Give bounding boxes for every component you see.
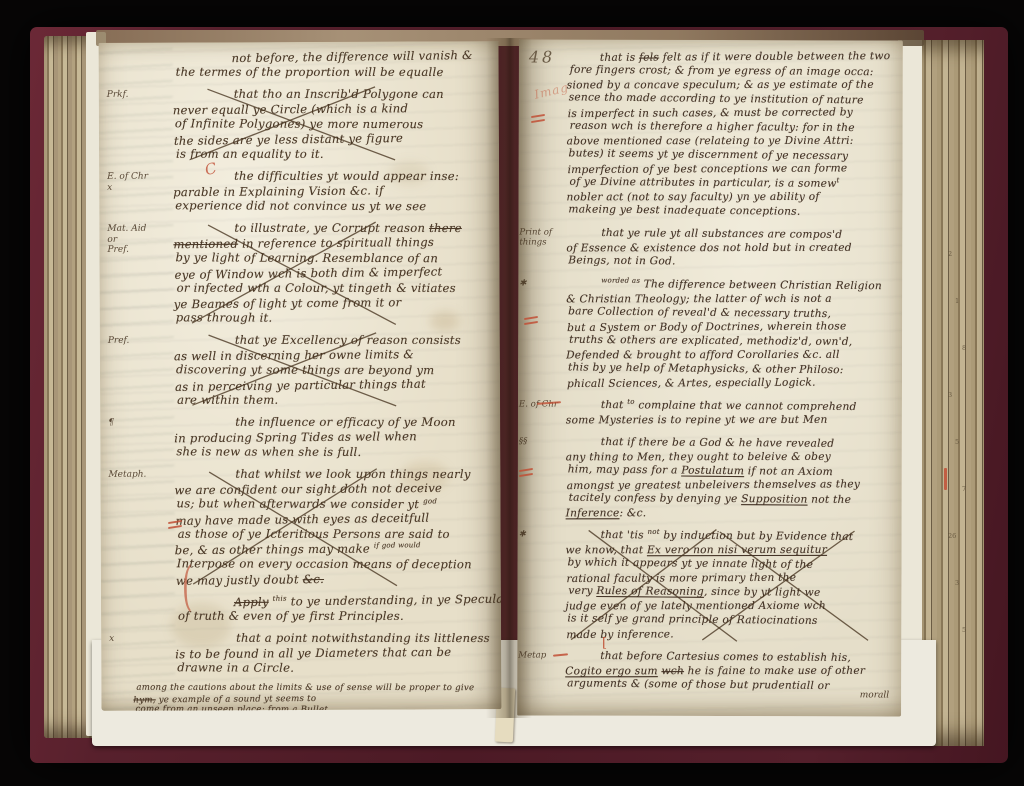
manuscript-line: that a point notwithstanding its littlen… (178, 631, 491, 646)
manuscript-paragraph: Print ofthingsthat ye rule yt all substa… (566, 227, 898, 270)
manuscript-line: pass through it. (176, 310, 490, 326)
margin-note: Mat. AidorPref. (107, 224, 169, 256)
manuscript-paragraph: 332among the cautions about the limits &… (133, 682, 491, 711)
fore-edge-number: 2 (948, 250, 952, 258)
manuscript-line: are within them. (177, 393, 490, 408)
manuscript-line: drawne in a Circle. (177, 660, 491, 676)
fore-edge-number: 1 (955, 297, 959, 305)
manuscript-line: that ye Excellency of reason consists (177, 333, 490, 348)
left-page-text: not before, the difference will vanish &… (173, 49, 492, 711)
manuscript-line: she is new as when she is full. (176, 444, 490, 460)
fore-edge-number: 5 (962, 626, 966, 634)
photograph-scene: not before, the difference will vanish &… (0, 0, 1024, 786)
manuscript-line: phicall Sciences, & Artes, especially Lo… (567, 375, 898, 391)
manuscript-line: the termes of the proportion will be equ… (176, 65, 489, 80)
manuscript-line: the influence or efficacy of ye Moon (177, 415, 490, 430)
fore-edge-number: 3 (948, 391, 952, 399)
manuscript-paragraph: Metapthat before Cartesius comes to esta… (565, 650, 897, 701)
manuscript-line: or infected wth a Colour, yt tingeth & v… (177, 281, 490, 296)
manuscript-paragraph: not before, the difference will vanish &… (173, 49, 489, 80)
manuscript-line: as those of ye Icteritious Persons are s… (178, 527, 491, 542)
manuscript-paragraph: Apply this to ye understanding, in ye Sp… (175, 593, 491, 624)
manuscript-line: the difficulties yt would appear inse: (176, 169, 489, 184)
manuscript-line: makeing ye best inadequate conceptions. (568, 202, 898, 219)
manuscript-line: we may justly doubt &c. (176, 570, 491, 589)
margin-note: Metaph. (108, 470, 170, 481)
manuscript-line: some Mysteries is to repine yt we are bu… (566, 413, 898, 428)
manuscript-paragraph: that is fels felt as if it were double b… (566, 50, 898, 219)
manuscript-line: is from an equality to it. (176, 147, 489, 162)
fore-edge-number: 5 (955, 438, 959, 446)
manuscript-paragraph: ✱worded as The difference between Christ… (566, 278, 898, 391)
fore-edge-number: 7 (962, 485, 966, 493)
margin-note: E. of Chr (519, 399, 563, 409)
margin-note: x (109, 634, 171, 645)
fore-edge-number: 3 (955, 579, 959, 587)
manuscript-paragraph: Metaph.that whilst we look upon things n… (174, 466, 491, 587)
manuscript-paragraph: xthat a point notwithstanding its little… (175, 630, 491, 676)
margin-note: Print ofthings (519, 228, 563, 248)
manuscript-paragraph: §§that if there be a God & he have revea… (566, 436, 898, 521)
manuscript-paragraph: Mat. AidorPref.to illustrate, ye Corrupt… (173, 220, 489, 326)
margin-note: ¶ (108, 418, 170, 429)
right-page-text: that is fels felt as if it were double b… (565, 50, 899, 710)
margin-note: ✱ (519, 279, 563, 289)
margin-note: E. of Chrx (107, 172, 169, 193)
manuscript-line: that tho an Inscrib'd Polygone can (176, 87, 489, 102)
page-number: 48 (529, 48, 555, 67)
manuscript-line: that whilst we look upon things nearly (177, 467, 490, 482)
margin-note: Prkf. (107, 90, 169, 101)
manuscript-line: of truth & even of ye first Principles. (178, 609, 491, 624)
manuscript-paragraph: E. of Chrxthe difficulties yt would appe… (173, 168, 489, 214)
show-through-margin (99, 43, 176, 711)
manuscript-paragraph: Prkf.that tho an Inscrib'd Polygone cann… (173, 86, 489, 162)
manuscript-line: experience did not convince us yt we see (175, 198, 489, 214)
manuscript-paragraph: E. of Chrthat to complaine that we canno… (566, 399, 898, 428)
manuscript-paragraph: ✱that 'tis not by induction but by Evide… (565, 529, 897, 642)
fore-edge-number: 26 (948, 532, 956, 540)
margin-note: Metap (518, 650, 562, 660)
manuscript-line: made by inference. (566, 626, 897, 642)
margin-note: ✱ (519, 529, 563, 539)
margin-note: §§ (519, 436, 563, 446)
margin-note: 332 (99, 686, 130, 697)
manuscript-paragraph: Pref.that ye Excellency of reason consis… (174, 332, 490, 408)
right-page: 48 that is fels felt as if it were doubl… (517, 39, 903, 716)
manuscript-line: Inference: &c. (566, 506, 898, 521)
manuscript-line: Beings, not in God. (568, 253, 898, 270)
manuscript-paragraph: ¶the influence or efficacy of ye Moonin … (174, 414, 490, 460)
fore-edge-number: 8 (962, 344, 966, 352)
margin-note: Pref. (108, 336, 170, 347)
manuscript-line: to illustrate, ye Corrupt reason there (176, 221, 489, 236)
left-page: not before, the difference will vanish &… (99, 41, 502, 711)
